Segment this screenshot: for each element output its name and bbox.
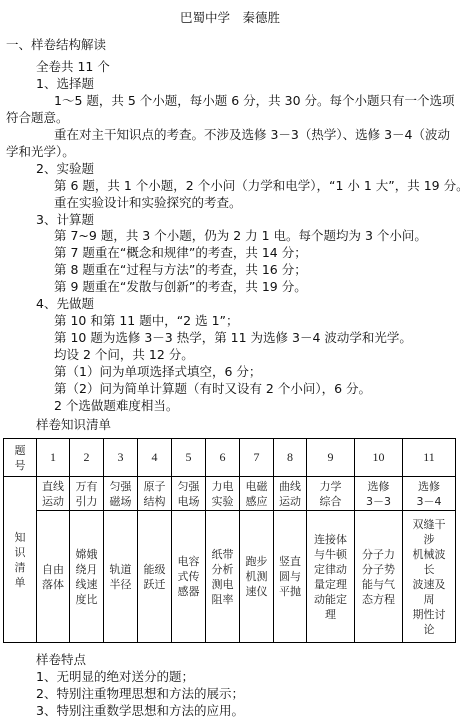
item-line: 第 10 题为选修 3－3 热学，第 11 为选修 3－4 波动学和光学。: [54, 330, 412, 345]
item-line: 均设 2 个问，共 12 分。: [54, 347, 194, 362]
item-line: 符合题意。: [6, 110, 69, 125]
question-number: 11: [403, 439, 456, 477]
question-number: 5: [172, 439, 206, 477]
item-line: 第 8 题重在“过程与方法”的考查，共 16 分；: [54, 262, 307, 277]
page-title: 巴蜀中学 秦德胜: [0, 10, 460, 25]
question-number: 3: [104, 439, 138, 477]
topic-cell: 电磁 感应: [240, 477, 274, 511]
feature-item: 2、特别注重物理思想和方法的展示；: [36, 686, 244, 701]
section-heading: 一、样卷结构解读: [6, 37, 106, 52]
question-number: 2: [70, 439, 104, 477]
item-line: 第（2）问为简单计算题（有时又设有 2 个小问），6 分。: [54, 381, 371, 396]
detail-cell: 电容 式传 感器: [172, 511, 206, 643]
item-label: 1、选择题: [36, 76, 94, 91]
knowledge-heading: 样卷知识清单: [36, 417, 111, 432]
item-line: 第 9 题重在“发散与创新”的考查，共 19 分。: [54, 279, 307, 294]
detail-cell: 轨道 半径: [104, 511, 138, 643]
item-line: 重在对主干知识点的考查。不涉及选修 3－3（热学）、选修 3－4（波动: [54, 127, 450, 142]
feature-item: 3、特别注重数学思想和方法的应用。: [36, 703, 244, 718]
detail-cell: 竖直 圆与 平抛: [274, 511, 307, 643]
item-line: 第 7 题重在“概念和规律”的考查，共 14 分；: [54, 245, 307, 260]
question-number: 1: [37, 439, 70, 477]
header-label-cell: 题 号: [4, 439, 37, 477]
detail-cell: 连接体 与牛顿 定律动 量定理 动能定 理: [307, 511, 355, 643]
topic-cell: 匀强 电场: [172, 477, 206, 511]
features-heading: 样卷特点: [36, 652, 86, 667]
question-number: 10: [355, 439, 403, 477]
item-line: 学和光学）。: [6, 144, 75, 159]
table-header-row: 题 号 1 2 3 4 5 6 7 8 9 10 11: [4, 439, 456, 477]
question-number: 9: [307, 439, 355, 477]
item-line: 重在实验设计和实验探究的考查。: [54, 195, 242, 210]
item-line: 第 6 题，共 1 个小题，2 个小问（力学和电学），“1 小 1 大”，共 1…: [54, 178, 460, 193]
item-line: 第 7~9 题，共 3 个小题，仍为 2 力 1 电。每个题均为 3 个小问。: [54, 228, 427, 243]
total-count: 全卷共 11 个: [36, 59, 110, 74]
detail-cell: 跑步 机测 速仪: [240, 511, 274, 643]
row-label-cell: 知 识 清 单: [4, 477, 37, 643]
detail-cell: 能级 跃迁: [138, 511, 172, 643]
item-label: 2、实验题: [36, 161, 94, 176]
topic-cell: 万有 引力: [70, 477, 104, 511]
table-topic-row: 知 识 清 单 直线 运动 万有 引力 匀强 磁场 原子 结构 匀强 电场 力电…: [4, 477, 456, 511]
item-line: 第 10 和第 11 题中，“2 选 1”；: [54, 313, 239, 328]
detail-cell: 分子力 分子势 能与气 态方程: [355, 511, 403, 643]
topic-cell: 曲线 运动: [274, 477, 307, 511]
topic-cell: 匀强 磁场: [104, 477, 138, 511]
detail-cell: 嫦娥 绕月 线速 度比: [70, 511, 104, 643]
topic-cell: 选修 3－4: [403, 477, 456, 511]
knowledge-table: 题 号 1 2 3 4 5 6 7 8 9 10 11 知 识 清 单 直线 运…: [3, 438, 456, 643]
detail-cell: 双缝干 涉 机械波 长 波速及 周 期性讨 论: [403, 511, 456, 643]
item-line: 第（1）问为单项选择式填空，6 分；: [54, 364, 261, 379]
item-label: 3、计算题: [36, 212, 94, 227]
detail-cell: 自由 落体: [37, 511, 70, 643]
question-number: 6: [206, 439, 240, 477]
item-line: 2 个选做题难度相当。: [54, 398, 178, 413]
table-detail-row: 自由 落体 嫦娥 绕月 线速 度比 轨道 半径 能级 跃迁 电容 式传 感器 纸…: [4, 511, 456, 643]
topic-cell: 直线 运动: [37, 477, 70, 511]
topic-cell: 力电 实验: [206, 477, 240, 511]
feature-item: 1、无明显的绝对送分的题；: [36, 669, 194, 684]
detail-cell: 纸带 分析 测电 阻率: [206, 511, 240, 643]
question-number: 8: [274, 439, 307, 477]
item-line: 1～5 题，共 5 个小题，每小题 6 分，共 30 分。每个小题只有一个选项: [54, 93, 455, 108]
item-label: 4、先做题: [36, 296, 94, 311]
question-number: 4: [138, 439, 172, 477]
question-number: 7: [240, 439, 274, 477]
topic-cell: 力学 综合: [307, 477, 355, 511]
topic-cell: 原子 结构: [138, 477, 172, 511]
topic-cell: 选修 3－3: [355, 477, 403, 511]
